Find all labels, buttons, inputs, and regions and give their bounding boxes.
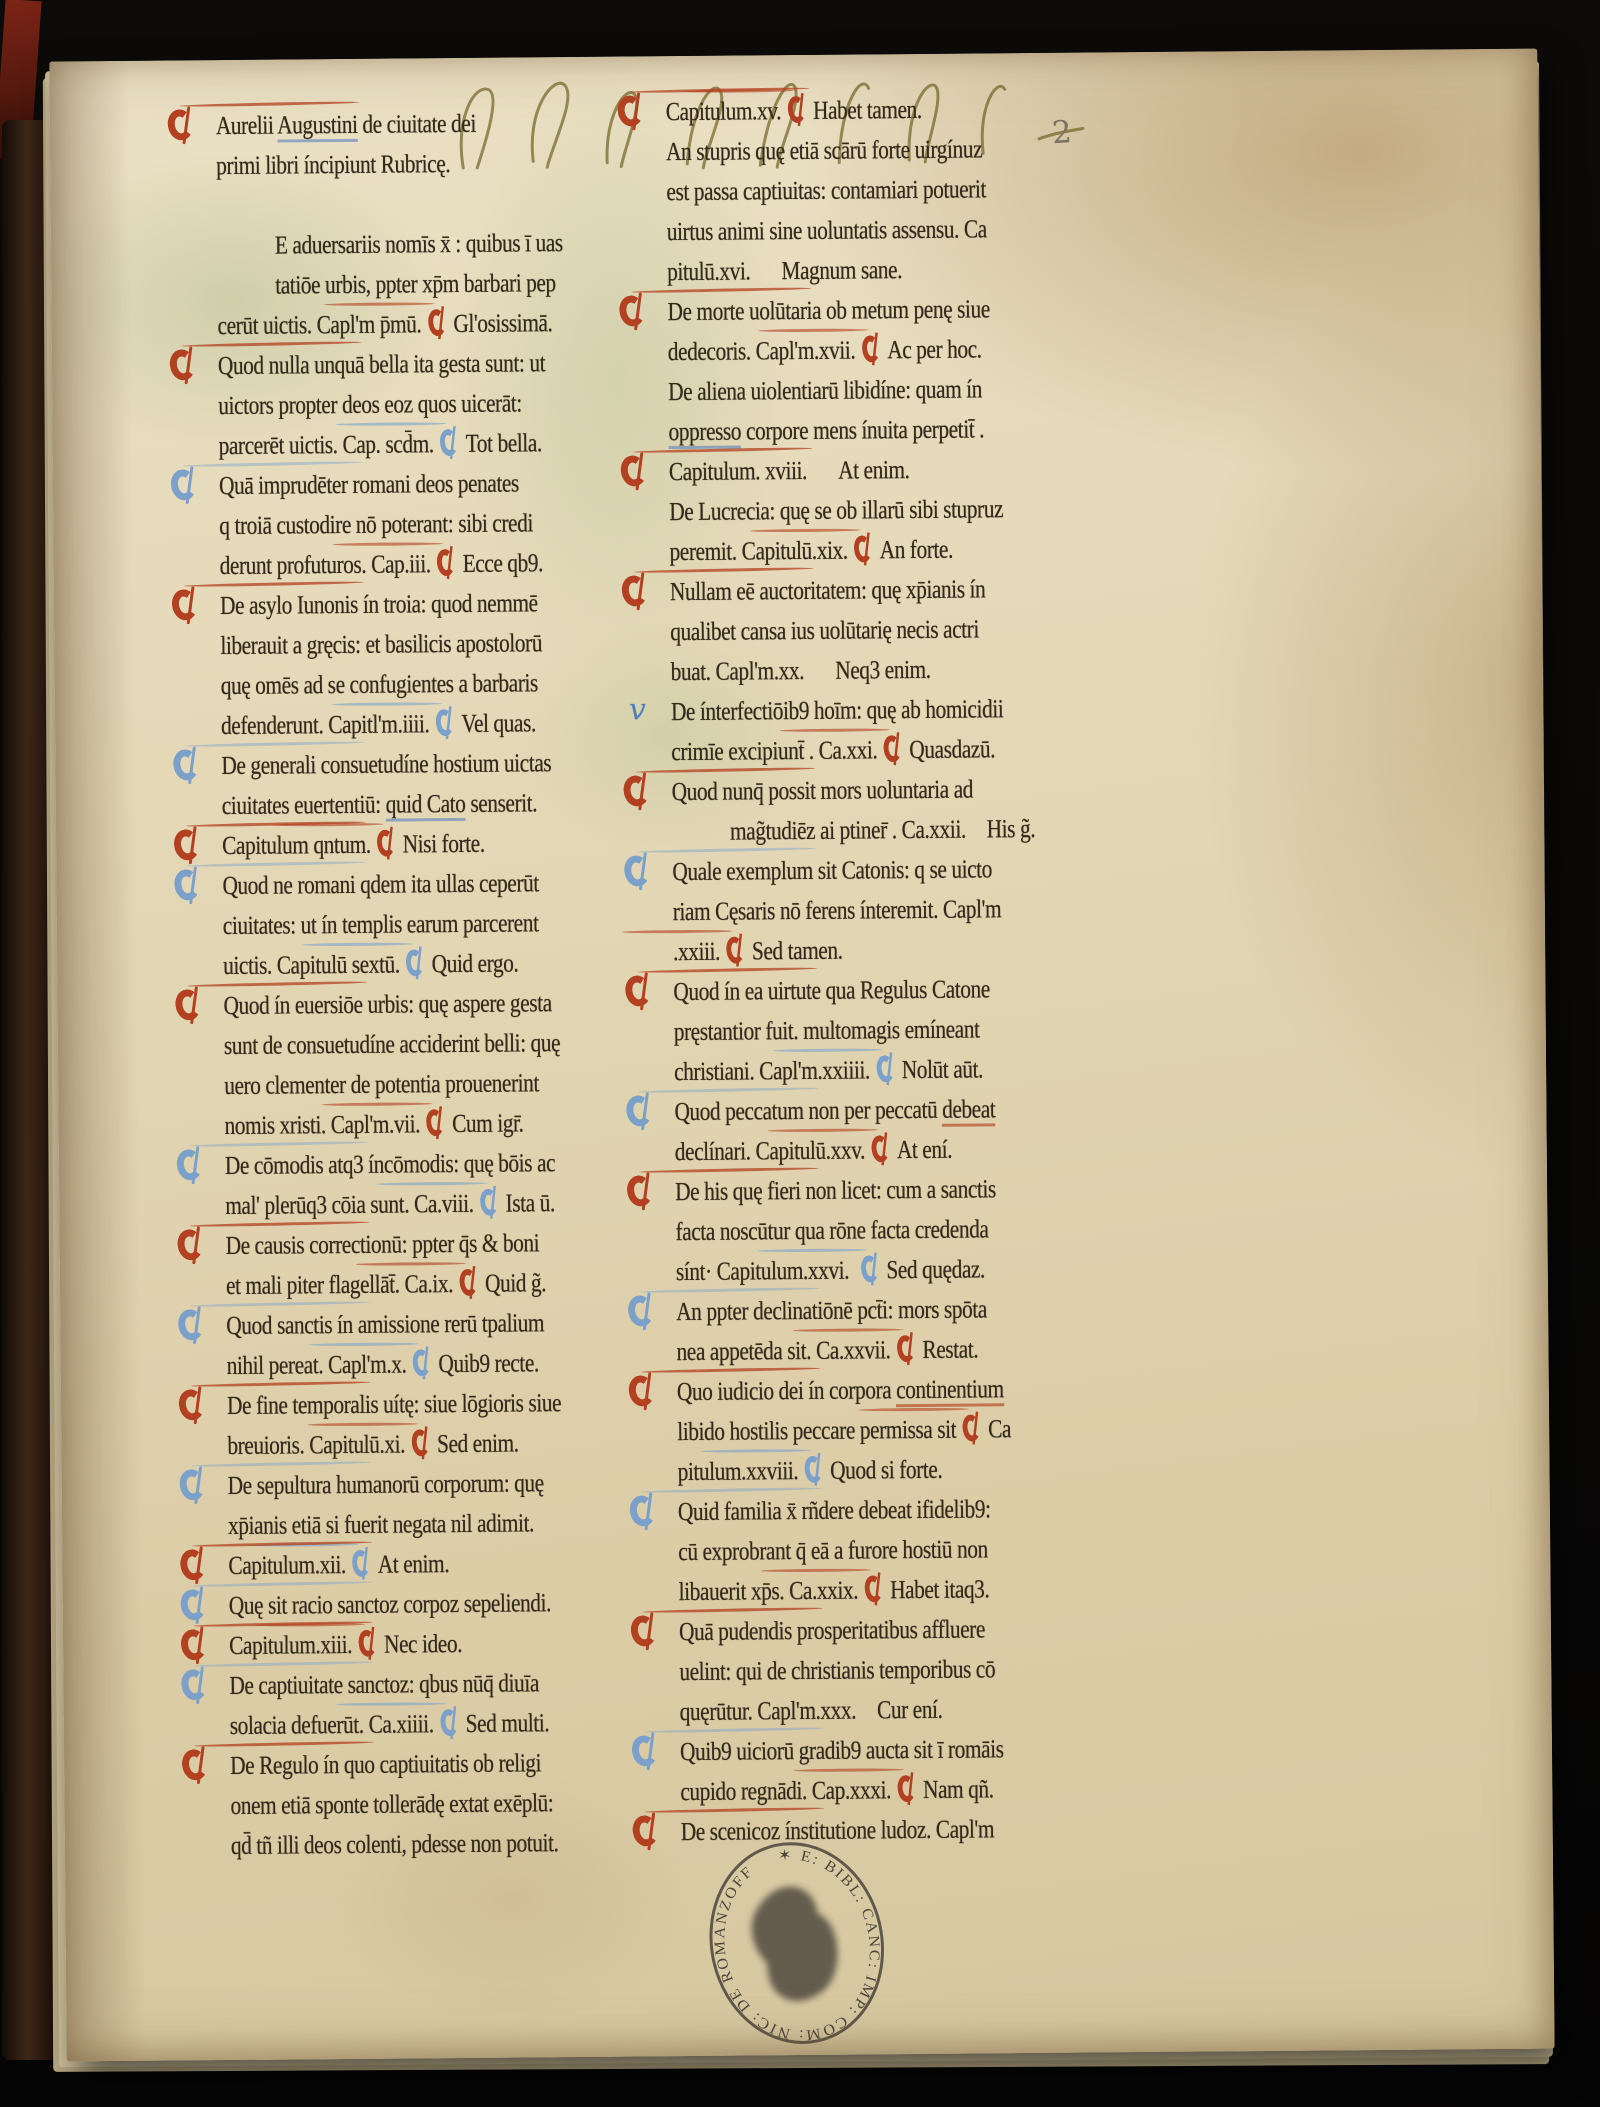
line-text: buat. Capl'm.xx. Neq3 enim.	[670, 650, 930, 692]
text-line: De his quę fieri non licet: cum a sancti…	[675, 1169, 1059, 1212]
capitulum-mark-icon	[854, 534, 878, 564]
capitulum-mark-icon	[627, 1175, 663, 1209]
capitulum-mark-icon	[629, 1375, 665, 1409]
underlined-text: quid Cato	[386, 789, 466, 822]
line-text: Quod nunq̄ possit mors uoluntaria ad	[672, 769, 974, 812]
text-line: cupido regnādi. Cap.xxxi. Nam qñ.	[680, 1769, 1064, 1812]
text-line: uelint: qui de christianis temporibus cō	[679, 1649, 1063, 1692]
capitulum-mark-icon	[628, 1295, 664, 1329]
line-text: mag̃tudiēz ai ptiner̄ . Ca.xxii. His g̃.	[730, 809, 1036, 852]
line-text: ciuitates euertentiū: quid Cato senserit…	[222, 783, 538, 826]
text-line: breuioris. Capitulū.xi. Sed enim.	[227, 1423, 611, 1466]
line-text: uelint: qui de christianis temporibus cō	[679, 1649, 995, 1692]
line-text: Quā pudendis prosperitatibus affluere	[679, 1609, 985, 1652]
underlined-text: debeat	[942, 1094, 995, 1126]
capitulum-mark-icon	[175, 989, 211, 1023]
text-line: mag̃tudiēz ai ptiner̄ . Ca.xxii. His g̃.	[672, 809, 1056, 852]
library-stamp: ✶ E: BIBL: CANC: IMP: COM: NIC: DE ROMAN…	[685, 1820, 909, 2062]
capitulum-mark-icon	[377, 828, 401, 858]
text-line: De sepultura humanorū corporum: quę	[228, 1463, 612, 1506]
stamp-center-smudge	[744, 1879, 848, 2008]
line-text: De sepultura humanorū corporum: quę	[228, 1463, 544, 1506]
capitulum-mark-icon	[172, 589, 208, 623]
text-line: pitulū.xvi. Magnum sane.	[667, 249, 1051, 292]
line-text: De his quę fieri non licet: cum a sancti…	[675, 1169, 996, 1212]
text-line: sunt de consuetudíne acciderint belli: q…	[224, 1023, 608, 1066]
text-line: De aliena uiolentiarū libidíne: quam ín	[668, 369, 1052, 412]
text-line: buat. Capl'm.xx. Neq3 enim.	[670, 649, 1054, 692]
line-text: uictis. Capitulū sextū. Quid ergo.	[223, 943, 519, 986]
line-text: Aurelii Augustini de ciuitate dei	[216, 104, 476, 146]
line-text: riam Cęsaris nō ferens ínteremit. Capl'm	[673, 889, 1002, 932]
line-text: De morte uolūtaria ob metum penę siue	[667, 289, 990, 332]
text-line: cū exprobrant q̄ eā a furore hostiū non	[678, 1529, 1062, 1572]
text-line: vDe ínterfectiōib9 hoīm: quę ab homicidi…	[671, 689, 1055, 732]
line-text: ciuitates: ut ín templis earum parcerent	[223, 903, 539, 946]
line-text: Nullam eē auctoritatem: quę xp̄ianis ín	[670, 569, 986, 612]
line-text: Quod ín ea uirtute qua Regulus Catone	[673, 969, 990, 1012]
text-line: oppresso corpore mens ínuita perpetit̄ .	[668, 409, 1052, 452]
capitulum-mark-icon	[459, 1268, 483, 1298]
line-text: libido hostilis peccare permissa sit Ca	[677, 1409, 1011, 1452]
text-line: De cōmodis atq3 íncōmodis: quę bōis ac	[225, 1143, 609, 1186]
capitulum-mark-icon	[180, 1469, 216, 1503]
text-line: cerūt uictis. Capl'm p̄mū. Gl'osissimā.	[217, 303, 601, 346]
manuscript-page: 2 Aurelii Augustini de ciuitate deiprimi…	[49, 49, 1554, 2062]
text-line: De asylo Iunonis ín troia: quod nemmē	[220, 583, 604, 626]
capitulum-mark-icon	[787, 95, 811, 125]
line-text: declínari. Capitulū.xxv. At ení.	[675, 1130, 953, 1172]
line-text: sínt· Capitulum.xxvi. Sed quędaz.	[676, 1249, 985, 1292]
text-line: Quid familia x̄ rñdere debeat ifidelib9:	[678, 1489, 1062, 1532]
line-text: De asylo Iunonis ín troia: quod nemmē	[220, 583, 538, 626]
capitulum-mark-icon	[624, 775, 660, 809]
capitulum-mark-icon	[168, 109, 204, 143]
text-line: An stupris quę etiā scārū forte uirgínuz	[666, 129, 1050, 172]
text-line: nihil pereat. Capl'm.x. Quib9 recte.	[227, 1343, 611, 1386]
text-line: uictors propter deos eoz quos uicerāt:	[218, 383, 602, 426]
line-text: sunt de consuetudíne acciderint belli: q…	[224, 1023, 561, 1066]
capitulum-mark-icon	[726, 935, 750, 965]
capitulum-mark-icon	[174, 869, 210, 903]
text-line: Quod peccatum non per peccatū debeat	[674, 1089, 1058, 1132]
line-text: quęrūtur. Capl'm.xxx. Cur ení.	[680, 1690, 943, 1732]
line-text: breuioris. Capitulū.xi. Sed enim.	[227, 1423, 519, 1466]
line-text: facta noscūtur qua rōne facta credenda	[675, 1209, 988, 1252]
capitulum-mark-icon	[897, 1774, 921, 1804]
folio-number: 2	[1051, 114, 1073, 151]
text-line: uirtus animi sine uoluntatis assensu. Ca	[667, 209, 1051, 252]
line-text: pitulum.xxviii. Quod si forte.	[677, 1450, 942, 1492]
text-line	[216, 183, 600, 226]
line-text: De Lucrecia: quę se ob illarū sibi stupr…	[669, 489, 1003, 532]
line-text: Capitulum.xiii. Nec ideo.	[229, 1624, 462, 1666]
capitulum-mark-icon	[181, 1589, 217, 1623]
capitulum-mark-icon	[180, 1549, 216, 1583]
line-text: q troiā custodire nō poterant: sibi cred…	[219, 503, 533, 546]
text-line: mal' plerūq3 cōia sunt. Ca.viii. Ista ū.	[225, 1183, 609, 1226]
line-text: De fine temporalis uítę: siue lōgioris s…	[227, 1383, 561, 1426]
line-text: oppresso corpore mens ínuita perpetit̄ .	[668, 409, 984, 452]
line-text: An ppter declinatiōnē pct̄i: mors spōta	[676, 1289, 987, 1332]
line-text: cerūt uictis. Capl'm p̄mū. Gl'osissimā.	[217, 303, 552, 346]
line-text: Quib9 uiciorū gradib9 aucta sit ī romāis	[680, 1729, 1004, 1772]
line-text: Quale exemplum sit Catonis: q se uicto	[672, 849, 992, 892]
capitulum-mark-icon	[621, 455, 657, 489]
text-line: Capitulum qntum. Nisi forte.	[222, 823, 606, 866]
capitulum-mark-icon	[440, 1708, 464, 1738]
text-line: Quo iudicio dei ín corpora continentium	[677, 1369, 1061, 1412]
capitulum-mark-icon	[413, 1348, 437, 1378]
capitulum-mark-icon	[632, 1735, 668, 1769]
line-text: uirtus animi sine uoluntatis assensu. Ca	[667, 209, 987, 252]
capitulum-mark-icon	[359, 1629, 383, 1659]
line-text: Quo iudicio dei ín corpora continentium	[677, 1369, 1004, 1412]
text-line: libido hostilis peccare permissa sit Ca	[677, 1409, 1061, 1452]
capitulum-mark-icon	[618, 95, 654, 129]
right-text-column: Capitulum.xv. Habet tamen.An stupris quę…	[666, 89, 1065, 1852]
underlined-text: continentium	[896, 1374, 1004, 1407]
capitulum-mark-icon	[436, 708, 460, 738]
text-line: De Regulo ín quo captiuitatis ob religi	[230, 1743, 614, 1786]
line-text: cupido regnādi. Cap.xxxi. Nam qñ.	[680, 1769, 993, 1812]
capitulum-mark-icon	[805, 1455, 829, 1485]
text-line: pitulum.xxviii. Quod si forte.	[677, 1449, 1061, 1492]
line-text: xp̄ianis etiā si fuerit negata nil adimi…	[228, 1503, 534, 1546]
line-text: Quā imprudēter romani deos penates	[219, 463, 519, 506]
line-text: qd̄ tñ illi deos colenti, pdesse non pot…	[231, 1823, 559, 1866]
capitulum-mark-icon	[862, 334, 886, 364]
capitulum-mark-icon	[619, 295, 655, 329]
text-line: onem etiā sponte tollerādę extat exēplū:	[230, 1783, 614, 1826]
capitulum-mark-icon	[437, 548, 461, 578]
photo-backdrop: { "page": { "folio_number": "2" }, "stam…	[0, 0, 1600, 2107]
text-line: parcerēt uictis. Cap. scd̄m. Tot bella.	[218, 423, 602, 466]
text-line: crimīe excipiunt̄ . Ca.xxi. Quasdazū.	[671, 729, 1055, 772]
line-text: Quid familia x̄ rñdere debeat ifidelib9:	[678, 1489, 991, 1532]
text-line: dedecoris. Capl'm.xvii. Ac per hoc.	[668, 329, 1052, 372]
capitulum-mark-icon	[861, 1254, 885, 1284]
capitulum-mark-icon	[876, 1054, 900, 1084]
text-line: Quib9 uiciorū gradib9 aucta sit ī romāis	[680, 1729, 1064, 1772]
capitulum-mark-icon	[884, 734, 908, 764]
text-line: Quod ín euersiōe urbis: quę aspere gesta	[223, 983, 607, 1026]
text-line: sínt· Capitulum.xxvi. Sed quędaz.	[676, 1249, 1060, 1292]
line-text: uictors propter deos eoz quos uicerāt:	[218, 383, 522, 426]
line-text: primi libri íncipiunt Rubricę.	[216, 144, 450, 186]
line-text: defenderunt. Capitl'm.iiii. Vel quas.	[221, 703, 536, 746]
text-line: liberauit a gręcis: et basilicis apostol…	[220, 623, 604, 666]
text-line: christiani. Capl'm.xxiiii. Nolūt aūt.	[674, 1049, 1058, 1092]
text-line: solacia defuerūt. Ca.xiiii. Sed multi.	[230, 1703, 614, 1746]
underlined-text: Augustini	[277, 110, 358, 143]
capitulum-mark-icon	[897, 1334, 921, 1364]
text-line: .xxiii. Sed tamen.	[673, 929, 1057, 972]
text-line: Quā pudendis prosperitatibus affluere	[679, 1609, 1063, 1652]
text-line: qualibet cansa ius uolūtarię necis actri	[670, 609, 1054, 652]
text-line: De captiuitate sanctoz: qbus nūq̄ diuīa	[229, 1663, 613, 1706]
left-text-column: Aurelii Augustini de ciuitate deiprimi l…	[216, 103, 615, 1866]
text-line: Capitulum.xv. Habet tamen.	[666, 89, 1050, 132]
text-line: est passa captiuitas: contamiari potueri…	[666, 169, 1050, 212]
text-line: declínari. Capitulū.xxv. At ení.	[675, 1129, 1059, 1172]
capitulum-mark-icon	[177, 1229, 213, 1263]
text-line: peremit. Capitulū.xix. An forte.	[669, 529, 1053, 572]
line-text: derunt profuturos. Cap.iii. Ecce qb9.	[220, 543, 544, 586]
text-line: Quod ne romani qdem ita ullas ceperūt	[222, 863, 606, 906]
capitulum-mark-icon	[480, 1188, 504, 1218]
capitulum-mark-icon	[633, 1815, 669, 1849]
capitulum-mark-icon	[179, 1389, 215, 1423]
text-line: uero clementer de potentia prouenerint	[224, 1063, 608, 1106]
text-line: Capitulum. xviii. At enim.	[669, 449, 1053, 492]
capitulum-mark-icon	[181, 1629, 217, 1663]
line-text: pręstantior fuit. multomagis emíneant	[674, 1009, 980, 1052]
capitulum-mark-icon	[352, 1549, 376, 1579]
line-text: De ínterfectiōib9 hoīm: quę ab homicidii	[671, 689, 1004, 732]
text-line: q troiā custodire nō poterant: sibi cred…	[219, 503, 603, 546]
line-text: crimīe excipiunt̄ . Ca.xxi. Quasdazū.	[671, 729, 995, 772]
text-line: quę omēs ad se confugientes a barbaris	[221, 663, 605, 706]
text-line: derunt profuturos. Cap.iii. Ecce qb9.	[220, 543, 604, 586]
capitulum-mark-icon	[170, 349, 206, 383]
line-text: Capitulum qntum. Nisi forte.	[222, 824, 485, 866]
text-line: Nullam eē auctoritatem: quę xp̄ianis ín	[670, 569, 1054, 612]
text-line: pręstantior fuit. multomagis emíneant	[674, 1009, 1058, 1052]
capitulum-mark-icon	[177, 1149, 213, 1183]
text-line: Quale exemplum sit Catonis: q se uicto	[672, 849, 1056, 892]
text-line: An ppter declinatiōnē pct̄i: mors spōta	[676, 1289, 1060, 1332]
text-line: Quod ín ea uirtute qua Regulus Catone	[673, 969, 1057, 1012]
line-text: qualibet cansa ius uolūtarię necis actri	[670, 609, 979, 652]
capitulum-mark-icon	[174, 829, 210, 863]
text-line: Capitulum.xiii. Nec ideo.	[229, 1623, 613, 1666]
line-text: Quod sanctis ín amissione rerū tpalium	[226, 1303, 544, 1346]
line-text: An stupris quę etiā scārū forte uirgínuz	[666, 129, 982, 172]
line-text: uero clementer de potentia prouenerint	[224, 1063, 539, 1106]
capitulum-mark-icon	[624, 855, 660, 889]
capitulum-mark-icon	[625, 975, 661, 1009]
capitulum-mark-icon	[631, 1615, 667, 1649]
line-text: Quod ín euersiōe urbis: quę aspere gesta	[223, 983, 552, 1026]
line-text: parcerēt uictis. Cap. scd̄m. Tot bella.	[218, 423, 542, 466]
line-text: peremit. Capitulū.xix. An forte.	[669, 530, 953, 572]
margin-check-icon: v	[629, 690, 646, 730]
text-line: Quā imprudēter romani deos penates	[219, 463, 603, 506]
line-text: liberauit a gręcis: et basilicis apostol…	[220, 623, 542, 666]
line-text: dedecoris. Capl'm.xvii. Ac per hoc.	[668, 329, 982, 372]
line-text: Capitulum. xviii. At enim.	[669, 450, 910, 492]
line-text: E aduersariis nomīs x̄ : quibus ī uas	[275, 223, 563, 266]
text-line: De Lucrecia: quę se ob illarū sibi stupr…	[669, 489, 1053, 532]
text-line: uictis. Capitulū sextū. Quid ergo.	[223, 943, 607, 986]
capitulum-mark-icon	[871, 1134, 895, 1164]
line-text: cū exprobrant q̄ eā a furore hostiū non	[678, 1529, 988, 1572]
line-text: christiani. Capl'm.xxiiii. Nolūt aūt.	[674, 1049, 983, 1092]
text-line: facta noscūtur qua rōne facta credenda	[675, 1209, 1059, 1252]
capitulum-mark-icon	[865, 1574, 889, 1604]
line-text: Quę sit racio sanctoz corpoz sepeliendi.	[229, 1583, 552, 1626]
line-text: nomis xristi. Capl'm.vii. Cum igr̄.	[224, 1103, 523, 1146]
text-line: Quod nulla unquā bella ita gesta sunt: u…	[218, 343, 602, 386]
text-line: primi libri íncipiunt Rubricę.	[216, 143, 600, 186]
text-line: defenderunt. Capitl'm.iiii. Vel quas.	[221, 703, 605, 746]
line-text: De generali consuetudíne hostium uictas	[221, 743, 551, 786]
line-text: De captiuitate sanctoz: qbus nūq̄ diuīa	[229, 1663, 539, 1706]
capitulum-mark-icon	[963, 1413, 987, 1443]
text-line: riam Cęsaris nō ferens ínteremit. Capl'm	[673, 889, 1057, 932]
capitulum-mark-icon	[630, 1495, 666, 1529]
text-line: nea appetēda sit. Ca.xxvii. Restat.	[676, 1329, 1060, 1372]
line-text: Quod ne romani qdem ita ullas ceperūt	[222, 863, 539, 906]
capitulum-mark-icon	[178, 1309, 214, 1343]
capitulum-mark-icon	[427, 1108, 451, 1138]
line-text: tatiōe urbis, ppter xp̄m barbari pep	[275, 263, 556, 305]
text-line: quęrūtur. Capl'm.xxx. Cur ení.	[680, 1689, 1064, 1732]
text-line: Quę sit racio sanctoz corpoz sepeliendi.	[229, 1583, 613, 1626]
capitulum-mark-icon	[412, 1428, 436, 1458]
text-line: ciuitates: ut ín templis earum parcerent	[223, 903, 607, 946]
line-text: et mali piter flagellāt̄. Ca.ix. Quid g̃…	[226, 1263, 546, 1306]
capitulum-mark-icon	[406, 948, 430, 978]
line-text: De cōmodis atq3 íncōmodis: quę bōis ac	[225, 1143, 556, 1186]
line-text: mal' plerūq3 cōia sunt. Ca.viii. Ista ū.	[225, 1183, 555, 1226]
text-line: De morte uolūtaria ob metum penę siue	[667, 289, 1051, 332]
capitulum-mark-icon	[173, 749, 209, 783]
text-line: De scenicoz ínstitutione ludoz. Capl'm	[681, 1809, 1065, 1852]
capitulum-mark-icon	[626, 1095, 662, 1129]
text-line: tatiōe urbis, ppter xp̄m barbari pep	[217, 263, 601, 306]
text-line: De generali consuetudíne hostium uictas	[221, 743, 605, 786]
line-text: Capitulum.xii. At enim.	[228, 1544, 449, 1586]
text-line: Capitulum.xii. At enim.	[228, 1543, 612, 1586]
text-line: Quod sanctis ín amissione rerū tpalium	[226, 1303, 610, 1346]
line-text: pitulū.xvi. Magnum sane.	[667, 250, 902, 292]
text-line: Quod nunq̄ possit mors uoluntaria ad	[672, 769, 1056, 812]
line-text: quę omēs ad se confugientes a barbaris	[221, 663, 538, 706]
line-text: De Regulo ín quo captiuitatis ob religi	[230, 1743, 541, 1786]
capitulum-mark-icon	[622, 575, 658, 609]
text-line: libauerit xp̄s. Ca.xxix. Habet itaq3.	[679, 1569, 1063, 1612]
underlined-text: oppresso	[668, 417, 741, 450]
line-text: solacia defuerūt. Ca.xiiii. Sed multi.	[230, 1703, 550, 1746]
text-line: E aduersariis nomīs x̄ : quibus ī uas	[217, 223, 601, 266]
line-text: Capitulum.xv. Habet tamen.	[666, 90, 922, 132]
text-line: et mali piter flagellāt̄. Ca.ix. Quid g̃…	[226, 1263, 610, 1306]
text-line: De fine temporalis uítę: siue lōgioris s…	[227, 1383, 611, 1426]
text-line: xp̄ianis etiā si fuerit negata nil adimi…	[228, 1503, 612, 1546]
line-text: Quod nulla unquā bella ita gesta sunt: u…	[218, 343, 546, 386]
capitulum-mark-icon	[181, 1669, 217, 1703]
text-line: qd̄ tñ illi deos colenti, pdesse non pot…	[231, 1823, 615, 1866]
text-line: ciuitates euertentiū: quid Cato senserit…	[222, 783, 606, 826]
capitulum-mark-icon	[171, 469, 207, 503]
line-text: nea appetēda sit. Ca.xxvii. Restat.	[676, 1329, 978, 1372]
capitulum-mark-icon	[440, 428, 464, 458]
line-text: De causis correctionū: ppter q̄s & boni	[225, 1223, 539, 1266]
line-text: est passa captiuitas: contamiari potueri…	[666, 169, 986, 212]
text-line: Aurelii Augustini de ciuitate dei	[216, 103, 600, 146]
text-line: nomis xristi. Capl'm.vii. Cum igr̄.	[224, 1103, 608, 1146]
line-text: De aliena uiolentiarū libidíne: quam ín	[668, 369, 982, 412]
capitulum-mark-icon	[182, 1749, 218, 1783]
text-line: De causis correctionū: ppter q̄s & boni	[225, 1223, 609, 1266]
line-text: Quod peccatum non per peccatū debeat	[674, 1089, 995, 1132]
line-text: nihil pereat. Capl'm.x. Quib9 recte.	[227, 1343, 540, 1386]
capitulum-mark-icon	[428, 308, 452, 338]
line-text: .xxiii. Sed tamen.	[673, 931, 843, 972]
line-text: libauerit xp̄s. Ca.xxix. Habet itaq3.	[679, 1569, 990, 1612]
line-text: onem etiā sponte tollerādę extat exēplū:	[230, 1783, 553, 1826]
